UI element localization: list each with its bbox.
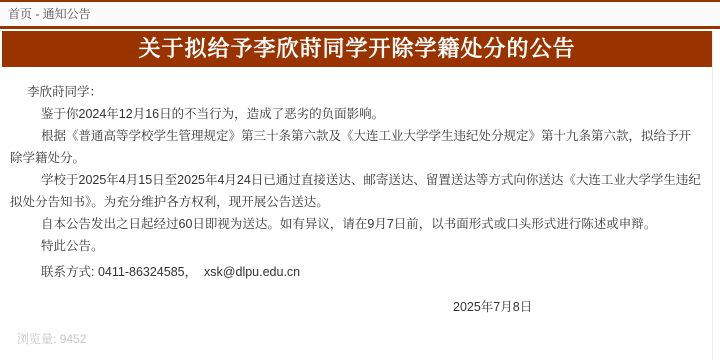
paragraph-closing: 特此公告。 [10,235,702,257]
paragraph-regulation: 根据《普通高等学校学生管理规定》第三十条第六款及《大连工业大学学生违纪处分规定》… [10,125,702,169]
view-count: 浏览量: 9452 [2,330,712,347]
page-title: 关于拟给予李欣莳同学开除学籍处分的公告 [2,31,712,67]
paragraph-conduct: 鉴于你2024年12月16日的不当行为，造成了恶劣的负面影响。 [10,103,702,125]
separator-line [0,26,720,29]
content-container: 关于拟给予李欣莳同学开除学籍处分的公告 李欣莳同学： 鉴于你2024年12月16… [2,31,713,360]
announcement-page: 首页 - 通知公告 关于拟给予李欣莳同学开除学籍处分的公告 李欣莳同学： 鉴于你… [0,0,720,360]
paragraph-delivery: 学校于2025年4月15日至2025年4月24日已通过直接送达、邮寄送达、留置送… [10,169,702,213]
view-count-value: 9452 [60,332,87,346]
date-line: 2025年7月8日 [10,296,702,318]
view-count-label: 浏览量: [17,332,56,346]
salutation: 李欣莳同学： [10,81,702,103]
breadcrumb: 首页 - 通知公告 [0,2,720,26]
announcement-body: 李欣莳同学： 鉴于你2024年12月16日的不当行为，造成了恶劣的负面影响。 根… [2,67,712,318]
paragraph-deadline: 自本公告发出之日起经过60日即视为送达。如有异议，请在9月7日前，以书面形式或口… [10,213,702,235]
contact-line: 联系方式: 0411-86324585， xsk@dlpu.edu.cn [10,261,702,283]
breadcrumb-text[interactable]: 首页 - 通知公告 [8,7,91,21]
